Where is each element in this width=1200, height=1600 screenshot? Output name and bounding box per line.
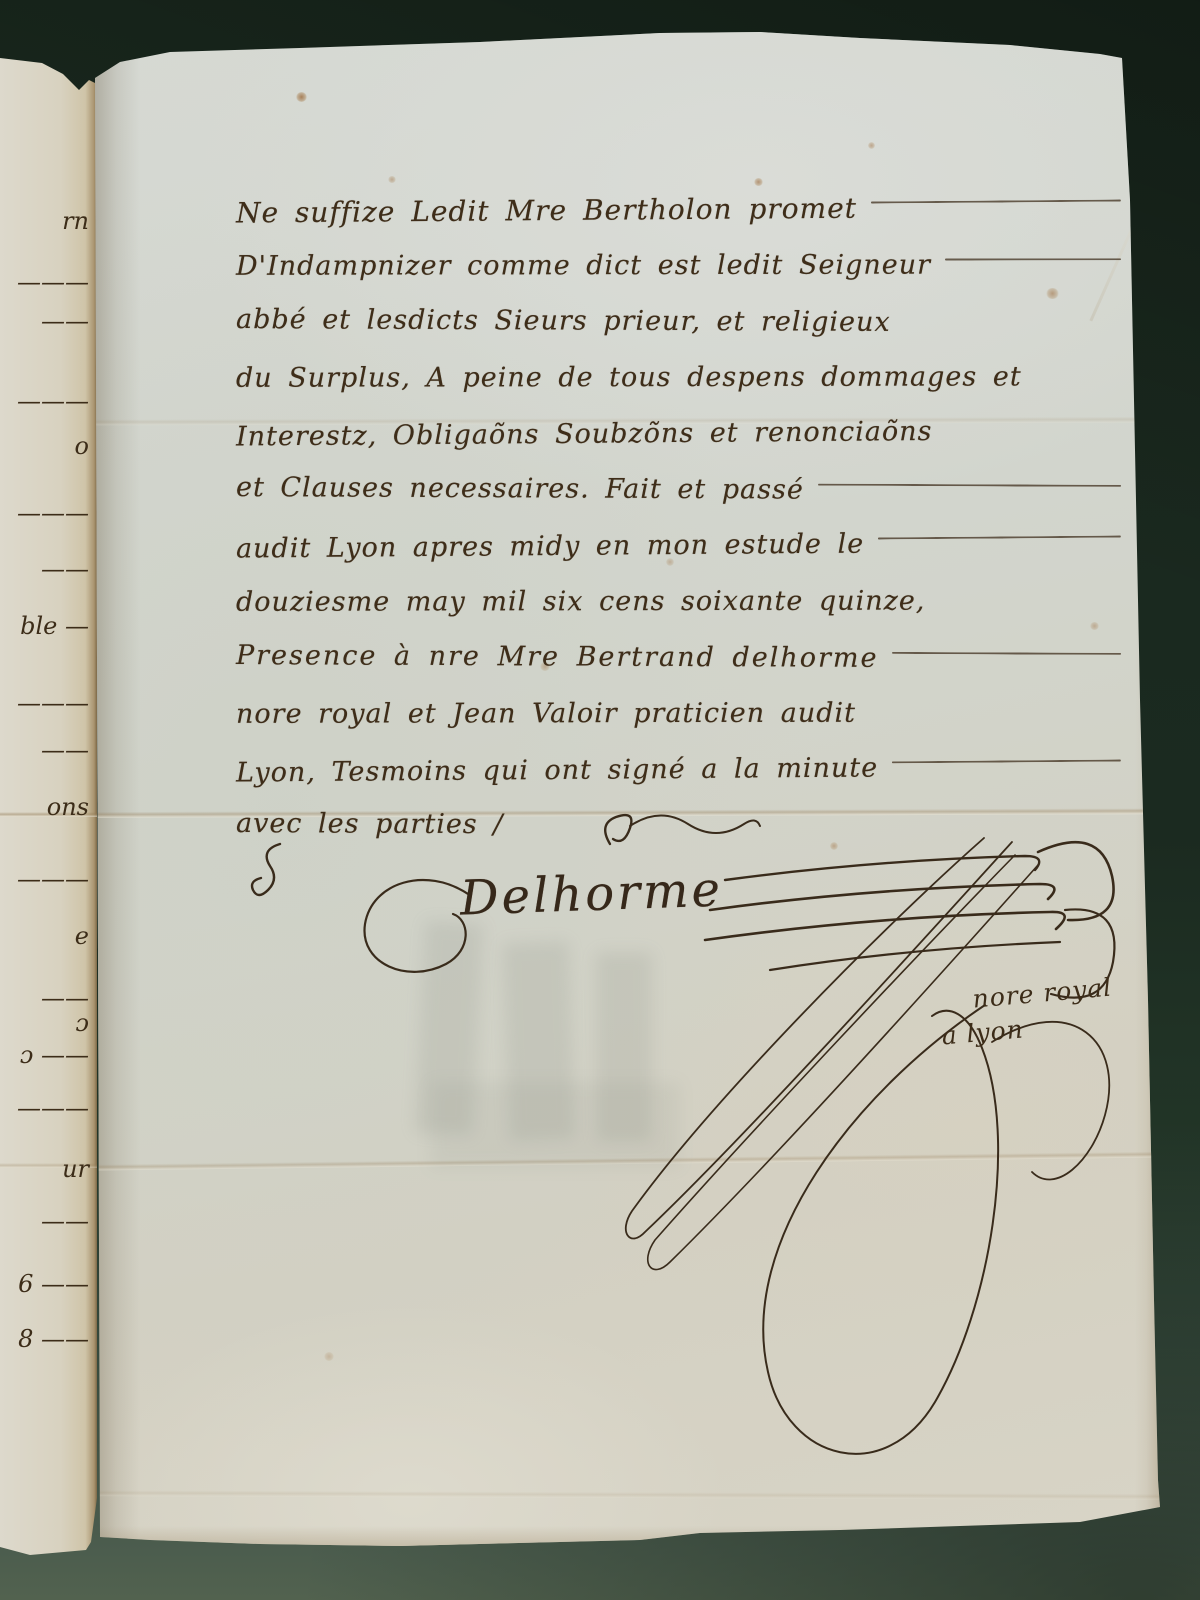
line-filler-dash — [893, 652, 1122, 655]
margin-fragment: ——— — [0, 267, 92, 297]
margin-fragment: 6 —— — [0, 1269, 92, 1299]
manuscript-line: D'Indampnizer comme dict est ledit Seign… — [236, 237, 1125, 295]
margin-fragment: rn ——— — [0, 206, 92, 236]
manuscript-line: audit Lyon apres midy en mon estude le — [236, 515, 1125, 578]
signature-initial-swirl — [356, 872, 476, 992]
margin-fragment: ur ——— — [0, 1154, 92, 1184]
margin-fragment: ——— — [0, 386, 92, 416]
margin-fragment: —— — [0, 1206, 92, 1236]
margin-fragment: e ——— — [0, 921, 92, 951]
foxing-stain — [868, 142, 875, 149]
manuscript-line: douziesme may mil six cens soixante quin… — [236, 573, 1125, 631]
manuscript-line: du Surplus, A peine de tous despens domm… — [236, 349, 1125, 407]
manuscript-line: nore royal et Jean Valoir praticien audi… — [236, 685, 1125, 743]
manuscript-line: Interestz, Obligaõns Soubzõns et renonci… — [236, 403, 1125, 466]
line-filler-dash — [818, 484, 1121, 487]
line-filler-dash — [871, 200, 1121, 204]
line-filler-dash — [945, 258, 1121, 260]
margin-fragment: —— — [0, 554, 92, 584]
margin-fragment: —— — [0, 306, 92, 336]
margin-fragment: ——— — [0, 688, 92, 718]
margin-fragment: 8 —— — [0, 1324, 92, 1354]
margin-fragment: ——— — [0, 498, 92, 528]
manuscript-line: Lyon, Tesmoins qui ont signé a la minute — [236, 739, 1125, 802]
manuscript-line: Ne suffize Ledit Mre Bertholon promet — [236, 179, 1125, 242]
manuscript-photograph: { "description": "Photograph of a 17th-c… — [0, 0, 1200, 1600]
line-filler-dash — [892, 760, 1121, 764]
margin-fragment: ons —— — [0, 792, 92, 822]
margin-fragment: ——— — [0, 864, 92, 894]
manuscript-line: abbé et lesdicts Sieurs prieur, et relig… — [236, 292, 1125, 352]
margin-fragment: —— — [0, 735, 92, 765]
manuscript-page: Ne suffize Ledit Mre Bertholon promet D'… — [88, 30, 1163, 1546]
margin-fragment: ble — — [0, 611, 92, 641]
foxing-stain — [296, 92, 307, 102]
margin-fragment: ɔ — [0, 1008, 92, 1038]
margin-fragment: ——— — [0, 1093, 92, 1123]
signature-paraph — [560, 810, 1200, 1540]
facing-page-edge: rn ——— ——— —— ——— o ——— ——— —— ble — ———… — [0, 50, 97, 1556]
manuscript-line: Presence à nre Mre Bertrand delhorme — [236, 628, 1125, 688]
margin-flourish-mark — [248, 836, 300, 902]
manuscript-line: et Clauses necessaires. Fait et passé — [236, 460, 1125, 520]
margin-fragment: ɔ —— — [0, 1040, 92, 1070]
margin-fragment: o ——— — [0, 431, 92, 461]
foxing-stain — [324, 1352, 334, 1361]
manuscript-text-block: Ne suffize Ledit Mre Bertholon promet D'… — [236, 182, 1125, 854]
line-filler-dash — [878, 536, 1121, 540]
